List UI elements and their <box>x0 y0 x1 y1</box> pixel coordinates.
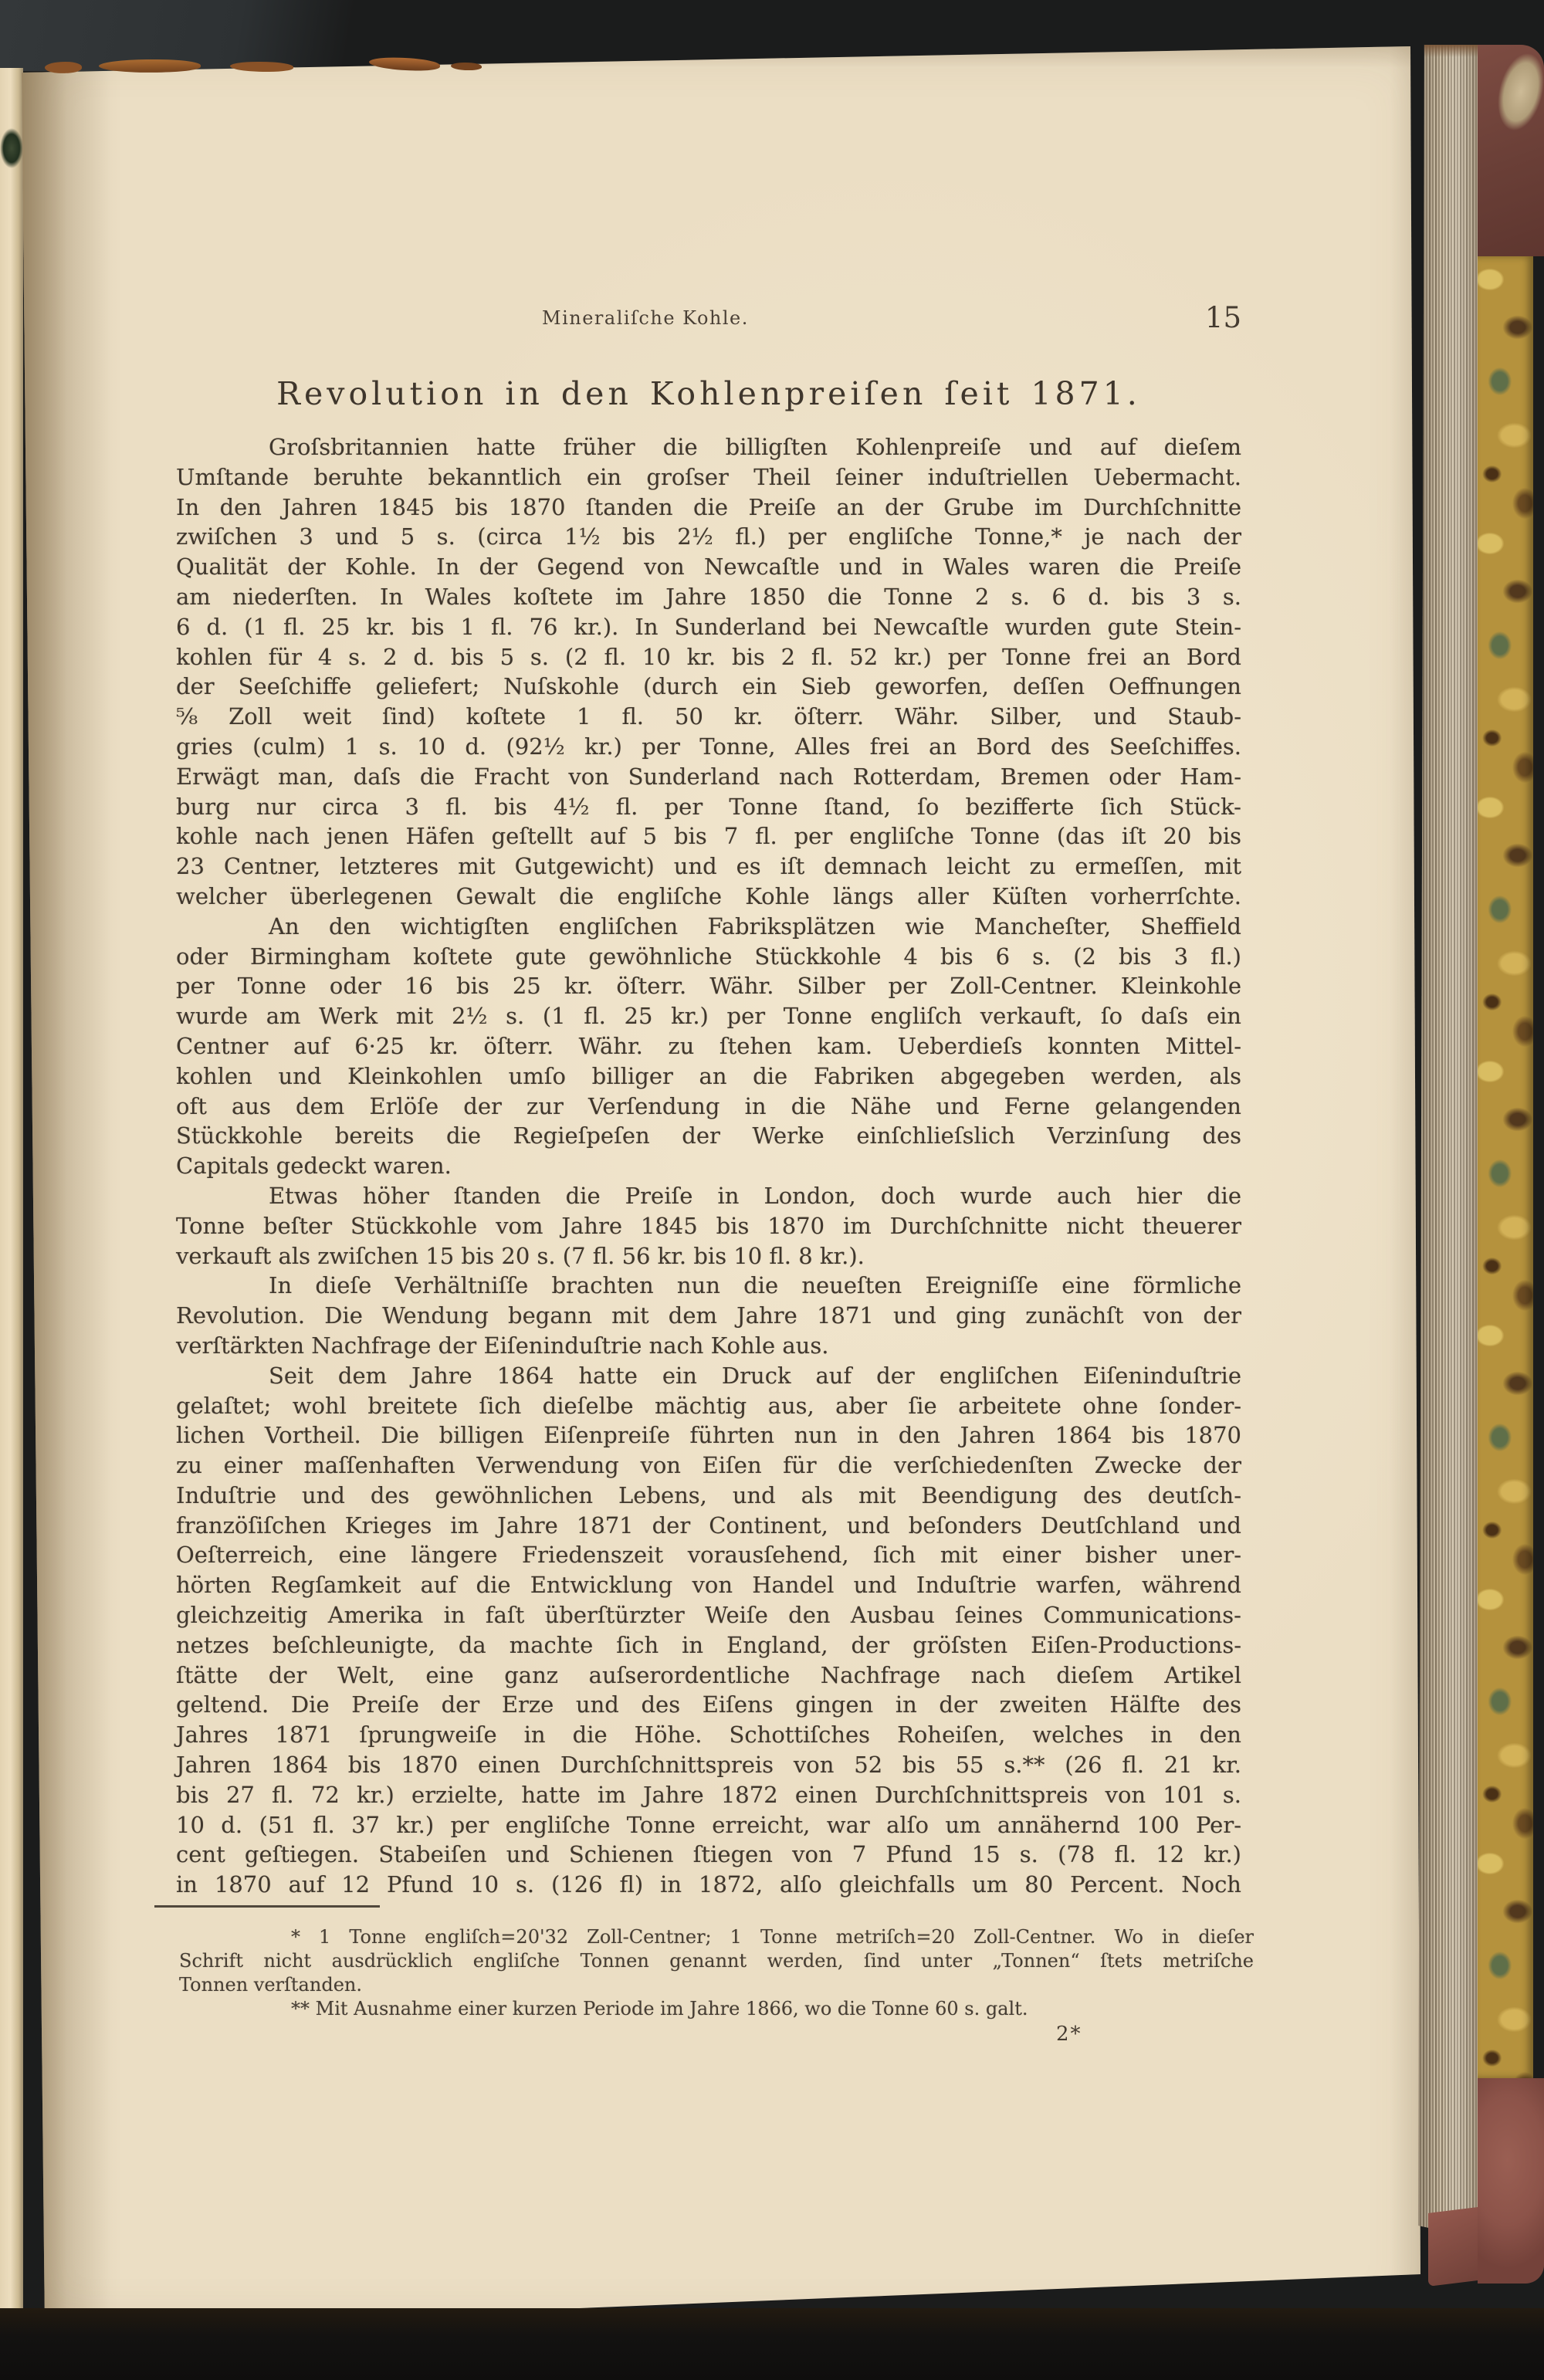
text-line: geltend. Die Preiſe der Erze und des Eiſ… <box>176 1690 1241 1720</box>
paragraph: * 1 Tonne engliſch=20'32 Zoll-Centner; 1… <box>179 1925 1254 1997</box>
text-line: ** Mit Ausnahme einer kurzen Periode im … <box>179 1997 1254 2021</box>
text-line: Groſsbritannien hatte früher die billigſ… <box>176 432 1241 462</box>
cover-marbled-paper <box>1478 256 1533 2078</box>
text-line: 10 d. (51 fl. 37 kr.) per engliſche Tonn… <box>176 1810 1241 1840</box>
text-line: zwiſchen 3 und 5 s. (circa 1½ bis 2½ fl.… <box>176 522 1241 552</box>
photo-background-bottom <box>0 2308 1544 2380</box>
fore-edge-top-cap <box>1418 45 1479 57</box>
fore-edge-pages <box>1418 45 1479 2239</box>
text-line: Jahres 1871 ſprungweiſe in die Höhe. Sch… <box>176 1720 1241 1750</box>
text-line: In den Jahren 1845 bis 1870 ſtanden die … <box>176 493 1241 523</box>
text-line: am niederſten. In Wales koſtete im Jahre… <box>176 582 1241 612</box>
footnotes: * 1 Tonne engliſch=20'32 Zoll-Centner; 1… <box>179 1925 1254 2021</box>
text-line: welcher überlegenen Gewalt die engliſche… <box>176 882 1241 912</box>
chapter-heading: Revolution in den Kohlenpreiſen ſeit 187… <box>176 375 1241 412</box>
text-line: ſtätte der Welt, eine ganz auſserordentl… <box>176 1661 1241 1691</box>
text-line: Induſtrie und des gewöhnlichen Lebens, u… <box>176 1481 1241 1511</box>
book-cover <box>1478 45 1544 2284</box>
text-line: franzöſiſchen Krieges im Jahre 1871 der … <box>176 1511 1241 1541</box>
text-line: Centner auf 6·25 kr. öſterr. Währ. zu ſt… <box>176 1031 1241 1061</box>
cover-corner-tear <box>1490 49 1544 136</box>
cover-leather-bottom <box>1478 2078 1544 2284</box>
text-line: Stückkohle bereits die Regieſpeſen der W… <box>176 1121 1241 1151</box>
book-page: Mineraliſche Kohle. 15 Revolution in den… <box>22 46 1420 2330</box>
paragraph: ** Mit Ausnahme einer kurzen Periode im … <box>179 1997 1254 2021</box>
text-line: gries (culm) 1 s. 10 d. (92½ kr.) per To… <box>176 732 1241 762</box>
paragraph: In dieſe Verhältniſſe brachten nun die n… <box>176 1271 1241 1360</box>
text-line: oder Birmingham koſtete gute gewöhnliche… <box>176 942 1241 972</box>
text-line: gelaſtet; wohl breitete ſich dieſelbe mä… <box>176 1391 1241 1421</box>
text-line: Tonne beſter Stückkohle vom Jahre 1845 b… <box>176 1211 1241 1241</box>
text-line: kohle nach jenen Häfen geſtellt auf 5 bi… <box>176 821 1241 851</box>
photo-background-shade <box>0 0 432 71</box>
book-photo: { "page": { "running_header": "Mineraliſ… <box>0 0 1544 2380</box>
paragraph: Etwas höher ſtanden die Preiſe in London… <box>176 1181 1241 1271</box>
text-line: verſtärkten Nachfrage der Eiſeninduſtrie… <box>176 1331 1241 1361</box>
gutter-shadow <box>22 46 110 2330</box>
running-header-row: Mineraliſche Kohle. 15 <box>176 301 1241 343</box>
text-line: oft aus dem Erlöſe der zur Verſendung in… <box>176 1092 1241 1122</box>
text-line: * 1 Tonne engliſch=20'32 Zoll-Centner; 1… <box>179 1925 1254 1949</box>
text-line: bis 27 fl. 72 kr.) erzielte, hatte im Ja… <box>176 1780 1241 1810</box>
text-line: der Seeſchiffe geliefert; Nuſskohle (dur… <box>176 672 1241 702</box>
gutter-dark-spot <box>0 128 23 168</box>
text-line: An den wichtigſten engliſchen Fabriksplä… <box>176 912 1241 942</box>
text-line: wurde am Werk mit 2½ s. (1 fl. 25 kr.) p… <box>176 1001 1241 1031</box>
text-line: burg nur circa 3 fl. bis 4½ fl. per Tonn… <box>176 792 1241 822</box>
text-line: zu einer maſſenhaften Verwendung von Eiſ… <box>176 1451 1241 1481</box>
text-line: Umſtande beruhte bekanntlich ein groſser… <box>176 462 1241 493</box>
text-line: Tonnen verſtanden. <box>179 1973 1254 1997</box>
signature-mark: 2* <box>1056 2023 1082 2046</box>
text-line: Etwas höher ſtanden die Preiſe in London… <box>176 1181 1241 1211</box>
text-line: ⁵⁄₈ Zoll weit ſind) koſtete 1 fl. 50 kr.… <box>176 702 1241 732</box>
text-line: Erwägt man, daſs die Fracht von Sunderla… <box>176 762 1241 792</box>
text-line: cent geſtiegen. Stabeiſen und Schienen ſ… <box>176 1840 1241 1870</box>
text-line: hörten Regſamkeit auf die Entwicklung vo… <box>176 1570 1241 1600</box>
text-line: kohlen und Kleinkohlen umſo billiger an … <box>176 1061 1241 1092</box>
text-line: gleichzeitig Amerika in faſt überſtürzte… <box>176 1600 1241 1630</box>
text-line: netzes beſchleunigte, da machte ſich in … <box>176 1630 1241 1661</box>
text-line: lichen Vortheil. Die billigen Eiſenpreiſ… <box>176 1420 1241 1451</box>
text-line: per Tonne oder 16 bis 25 kr. öſterr. Wäh… <box>176 971 1241 1001</box>
text-line: 23 Centner, letzteres mit Gutgewicht) un… <box>176 851 1241 882</box>
text-line: Oeſterreich, eine längere Friedenszeit v… <box>176 1540 1241 1570</box>
text-line: Seit dem Jahre 1864 hatte ein Druck auf … <box>176 1361 1241 1391</box>
text-line: Revolution. Die Wendung begann mit dem J… <box>176 1301 1241 1331</box>
text-line: in 1870 auf 12 Pfund 10 s. (126 fl) in 1… <box>176 1870 1241 1900</box>
running-header: Mineraliſche Kohle. <box>542 307 749 329</box>
text-line: Jahren 1864 bis 1870 einen Durchſchnitts… <box>176 1750 1241 1780</box>
text-line: 6 d. (1 fl. 25 kr. bis 1 fl. 76 kr.). In… <box>176 612 1241 642</box>
text-line: Capitals gedeckt waren. <box>176 1151 1241 1181</box>
paragraph: Seit dem Jahre 1864 hatte ein Druck auf … <box>176 1361 1241 1900</box>
text-line: Schrift nicht ausdrücklich engliſche Ton… <box>179 1949 1254 1973</box>
paragraph: An den wichtigſten engliſchen Fabriksplä… <box>176 912 1241 1181</box>
facing-page-edge <box>0 68 23 2330</box>
text-line: Qualität der Kohle. In der Gegend von Ne… <box>176 552 1241 582</box>
page-number: 15 <box>1180 301 1241 334</box>
body-text: Groſsbritannien hatte früher die billigſ… <box>176 432 1241 1900</box>
text-line: kohlen für 4 s. 2 d. bis 5 s. (2 fl. 10 … <box>176 642 1241 672</box>
cover-leather-top <box>1478 45 1544 256</box>
paragraph: Groſsbritannien hatte früher die billigſ… <box>176 432 1241 912</box>
text-line: In dieſe Verhältniſſe brachten nun die n… <box>176 1271 1241 1301</box>
text-line: verkauft als zwiſchen 15 bis 20 s. (7 fl… <box>176 1241 1241 1271</box>
footnote-separator <box>154 1905 380 1908</box>
